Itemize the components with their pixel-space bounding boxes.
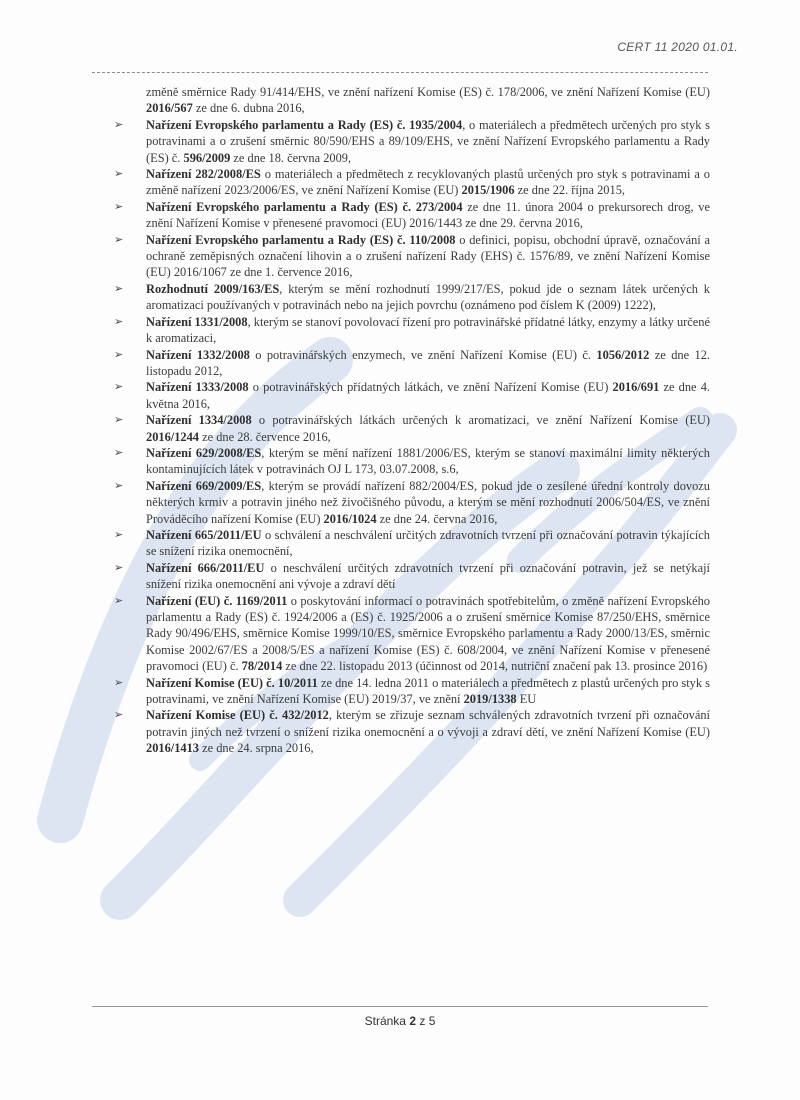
arrow-bullet-icon: ➢: [114, 560, 123, 576]
continued-paragraph: změně směrnice Rady 91/414/EHS, ve znění…: [146, 82, 710, 117]
list-item: ➢Nařízení (EU) č. 1169/2011 o poskytován…: [110, 593, 710, 675]
list-item: ➢Nařízení 665/2011/EU o schválení a nesc…: [110, 527, 710, 560]
total-pages: 5: [429, 1014, 436, 1028]
arrow-bullet-icon: ➢: [114, 527, 123, 543]
document-code: CERT 11 2020 01.01.: [617, 40, 738, 54]
arrow-bullet-icon: ➢: [114, 707, 123, 723]
list-item: ➢Nařízení 1333/2008 o potravinářských př…: [110, 379, 710, 412]
arrow-bullet-icon: ➢: [114, 445, 123, 461]
regulation-list: ➢Nařízení Evropského parlamentu a Rady (…: [110, 117, 710, 757]
footer-divider: [92, 1006, 708, 1007]
arrow-bullet-icon: ➢: [114, 412, 123, 428]
header-divider: [92, 72, 708, 73]
arrow-bullet-icon: ➢: [114, 675, 123, 691]
document-page: CERT 11 2020 01.01. změně směrnice Rady …: [0, 0, 800, 1100]
arrow-bullet-icon: ➢: [114, 347, 123, 363]
arrow-bullet-icon: ➢: [114, 281, 123, 297]
page-of-separator: z: [419, 1014, 425, 1028]
page-label: Stránka: [365, 1014, 406, 1028]
list-item: ➢Nařízení Evropského parlamentu a Rady (…: [110, 199, 710, 232]
list-item: ➢Nařízení 1334/2008 o potravinářských lá…: [110, 412, 710, 445]
list-item: ➢Nařízení 629/2008/ES, kterým se mění na…: [110, 445, 710, 478]
list-item: ➢Nařízení 1332/2008 o potravinářských en…: [110, 347, 710, 380]
list-item: ➢Nařízení Komise (EU) č. 10/2011 ze dne …: [110, 675, 710, 708]
arrow-bullet-icon: ➢: [114, 314, 123, 330]
list-item: ➢Nařízení 669/2009/ES, kterým se provádí…: [110, 478, 710, 527]
current-page-number: 2: [409, 1014, 416, 1028]
arrow-bullet-icon: ➢: [114, 166, 123, 182]
list-item: ➢Nařízení Komise (EU) č. 432/2012, který…: [110, 707, 710, 756]
list-item: ➢Nařízení Evropského parlamentu a Rady (…: [110, 117, 710, 166]
regulation-list-section: změně směrnice Rady 91/414/EHS, ve znění…: [110, 82, 710, 757]
page-footer: Stránka 2 z 5: [0, 1014, 800, 1028]
arrow-bullet-icon: ➢: [114, 379, 123, 395]
list-item: ➢Nařízení 282/2008/ES o materiálech a př…: [110, 166, 710, 199]
arrow-bullet-icon: ➢: [114, 478, 123, 494]
list-item: ➢Nařízení 1331/2008, kterým se stanoví p…: [110, 314, 710, 347]
list-item: ➢Rozhodnutí 2009/163/ES, kterým se mění …: [110, 281, 710, 314]
arrow-bullet-icon: ➢: [114, 117, 123, 133]
arrow-bullet-icon: ➢: [114, 593, 123, 609]
arrow-bullet-icon: ➢: [114, 232, 123, 248]
list-item: ➢Nařízení 666/2011/EU o neschválení urči…: [110, 560, 710, 593]
arrow-bullet-icon: ➢: [114, 199, 123, 215]
list-item: ➢Nařízení Evropského parlamentu a Rady (…: [110, 232, 710, 281]
